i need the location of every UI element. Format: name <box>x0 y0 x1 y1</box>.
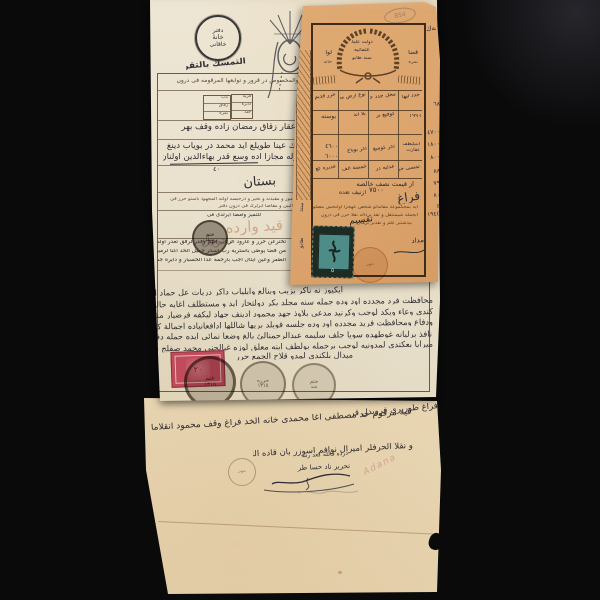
hatch-border <box>296 50 311 200</box>
seal-text-line: مهر <box>366 262 374 268</box>
margin-number: ٤٧٠٠ <box>424 129 440 136</box>
photo: فراغ طوریری فرویدل قره قیه مرقوم حد مصطف… <box>0 0 600 600</box>
margin-number: ٤ <box>430 204 440 211</box>
wreath-text-line: دولت علیهٔ <box>338 40 386 45</box>
margin-number: ٨٠ <box>428 192 440 199</box>
grid-cell-text: بوسته <box>316 114 336 120</box>
vertical-note: سند <box>298 202 306 223</box>
grid-cell-text: ابنیلیطف عقارت <box>399 142 420 158</box>
margin-number: ٨٨ <box>428 168 440 175</box>
wreath-side-sublabel: نمره <box>400 60 418 65</box>
pencil-oval-text: 854 <box>394 11 406 20</box>
wreath-side-sublabel: خانه <box>314 60 332 65</box>
margin-number: ٧٩ <box>427 180 440 187</box>
stamp-value: ٥ <box>331 267 334 274</box>
margin-number: ١٩٤٥ <box>422 211 440 219</box>
tapu-document: 854 ےك سند طابو دولت علیهٔ عثمانیه سند ط… <box>0 0 600 600</box>
amount-value: ٤٦٠٠ <box>320 144 338 150</box>
amount-value: ٦٠٠٠ <box>320 154 338 160</box>
laurel-wreath <box>330 26 406 84</box>
faint-ink-seal: مهر <box>352 247 388 283</box>
margin-number: ١٨٠٠ <box>424 141 440 148</box>
annotation-flourish <box>392 247 426 257</box>
margin-number: ٦٨ <box>427 101 440 108</box>
vertical-note: طابو <box>298 238 305 258</box>
tapu-fine-print-line: ایه بمجكموعذ مقاماتو شخص عهجزا اولنحس مص… <box>313 205 418 210</box>
wreath-side-label: قضا <box>402 50 418 56</box>
serial-number: ١٩٩٦ <box>401 114 421 120</box>
price-value: ٧٥٠٠ <box>358 187 384 194</box>
wreath-text-line: عثمانیه <box>338 48 386 54</box>
margin-number: ٨٠٠ <box>426 154 440 161</box>
green-revenue-stamp: ٥ <box>311 225 354 278</box>
wreath-side-label: لوا <box>316 50 332 56</box>
wreath-text-line: سند طابو <box>338 56 386 61</box>
